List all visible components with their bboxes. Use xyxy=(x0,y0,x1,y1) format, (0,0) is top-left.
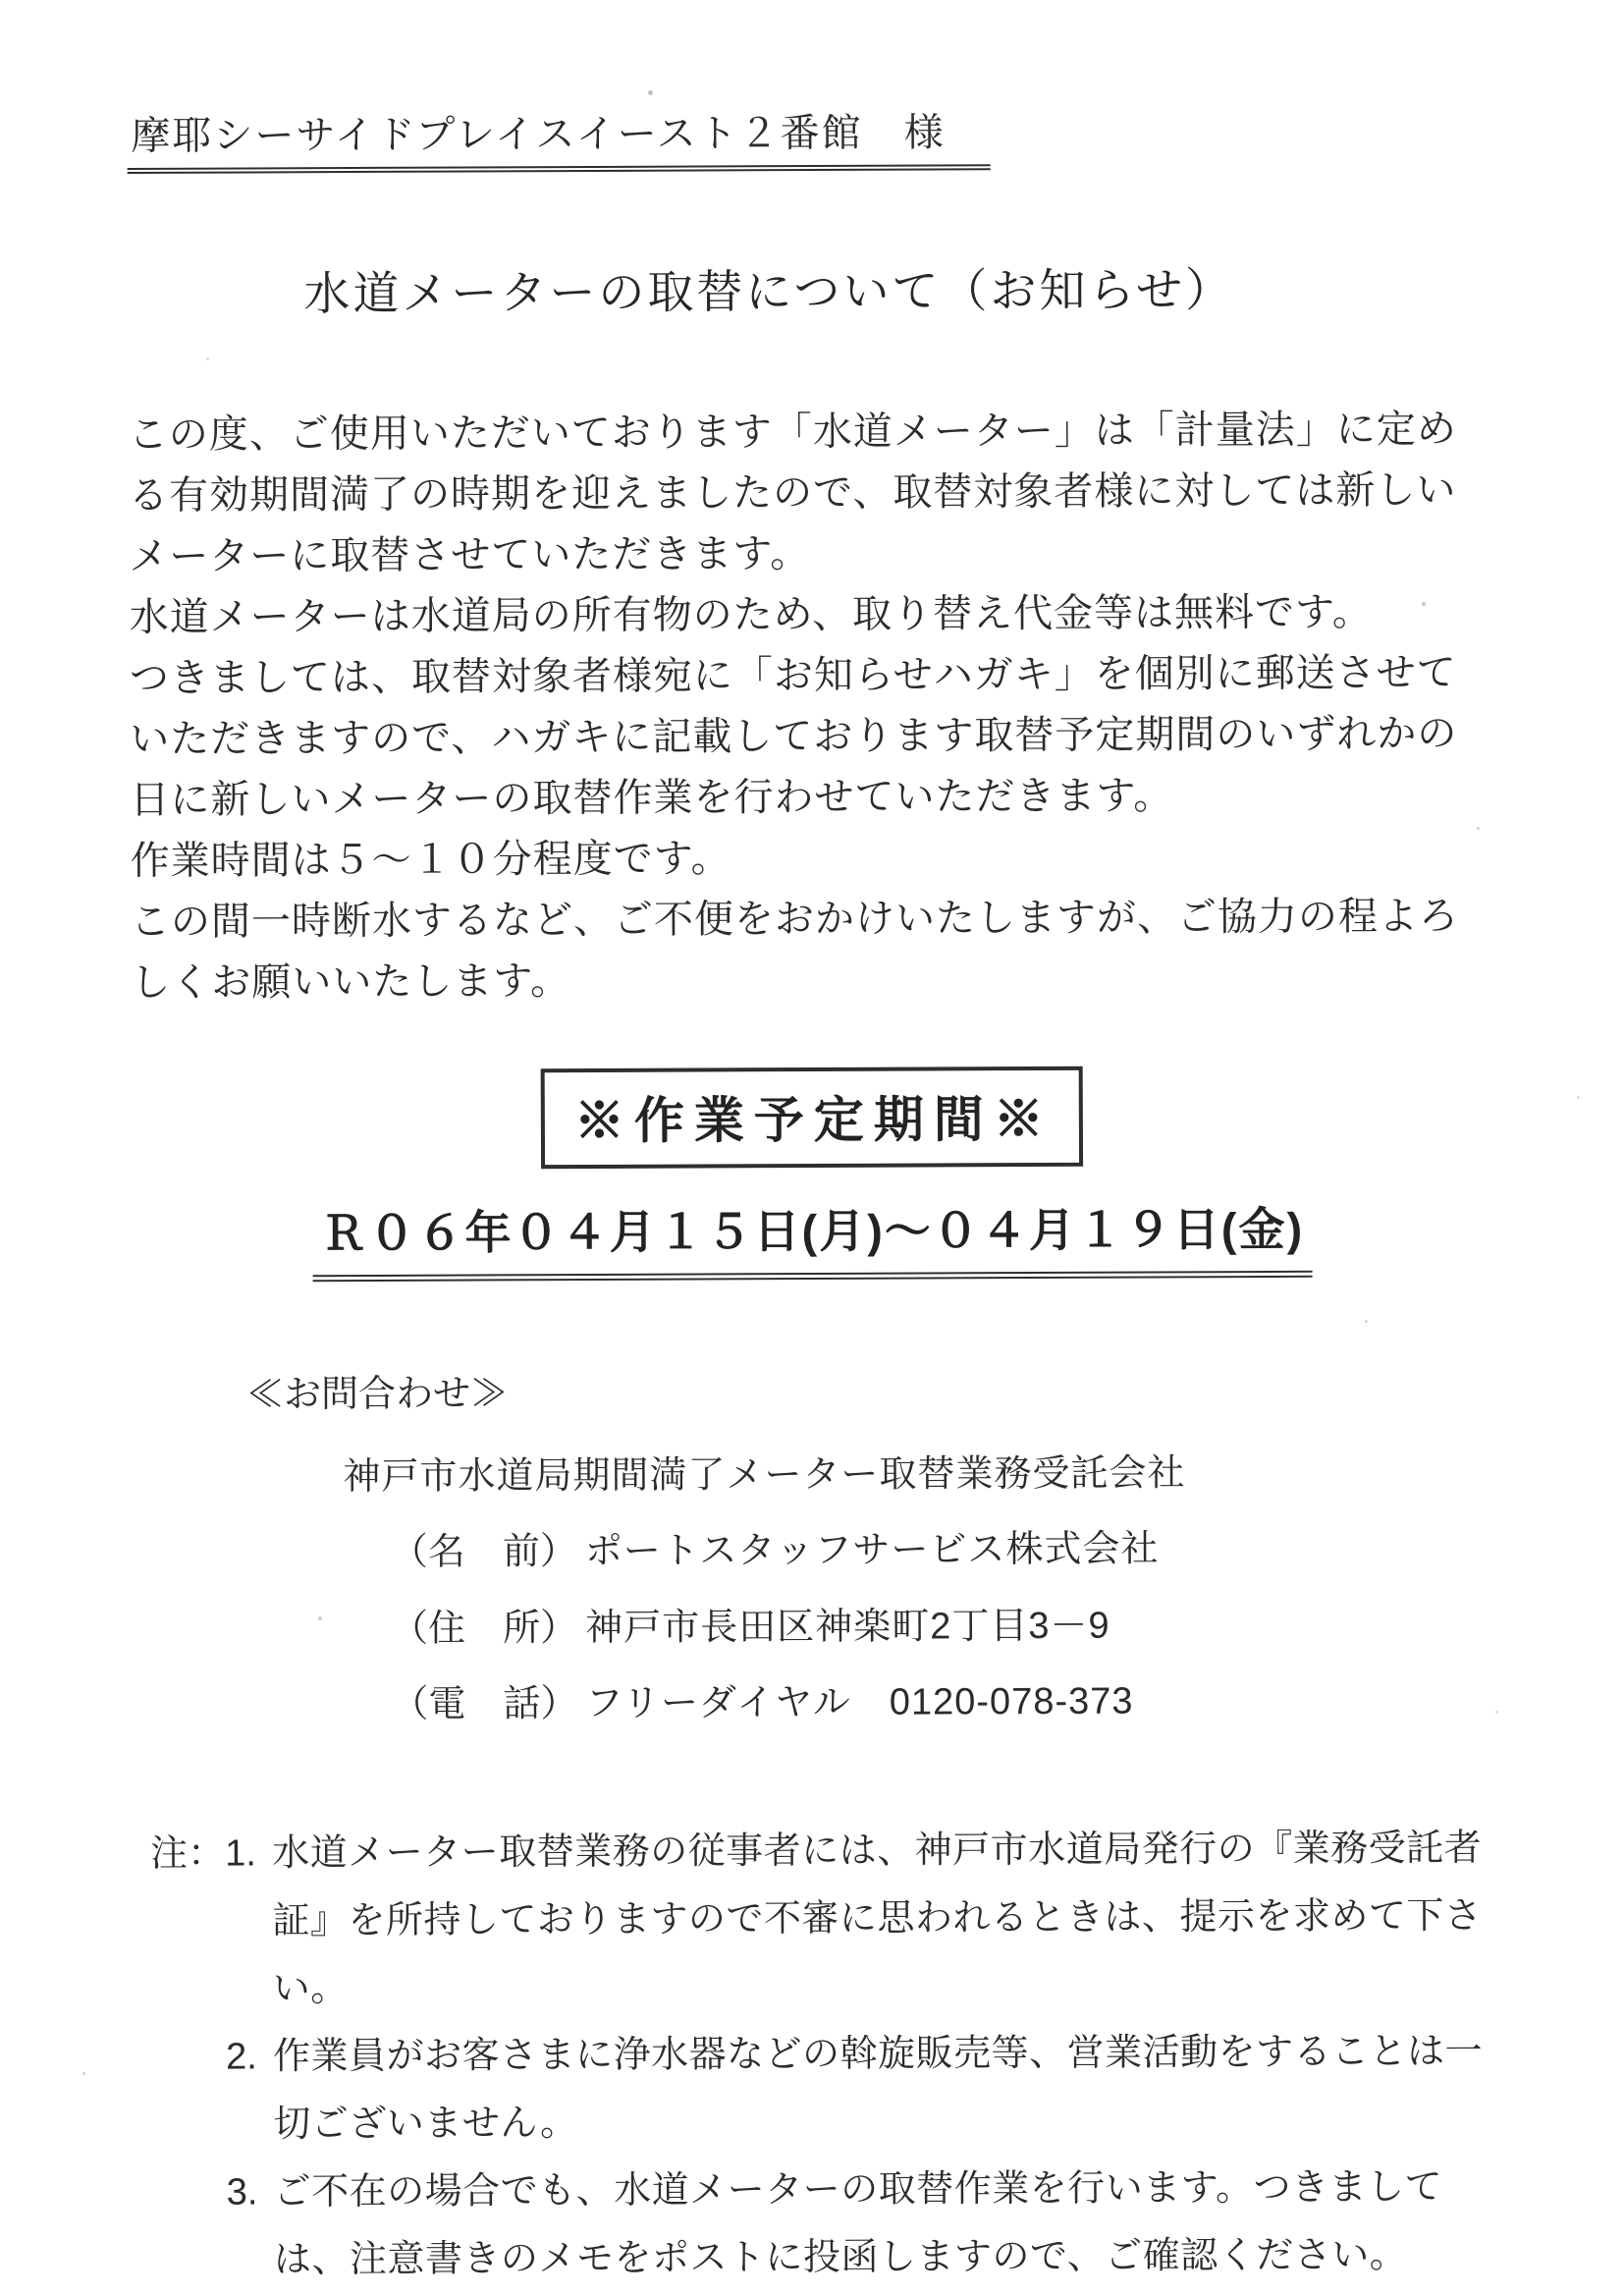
note-number: 3. xyxy=(227,2159,275,2294)
paragraph-free-of-charge: 水道メーターは水道局の所有物のため、取り替え代金等は無料です。 xyxy=(130,581,1490,648)
scan-speck xyxy=(318,1616,322,1620)
note-text: 水道メーター取替業務の従事者には、神戸市水道局発行の『業務受託者証』を所持してお… xyxy=(272,1814,1496,2022)
schedule-section: ※作業予定期間※ xyxy=(132,1065,1492,1171)
contact-row-phone: （電 話） フリーダイヤル 0120-078-373 xyxy=(391,1677,1494,1728)
contact-section: ≪お問合わせ≫ 神戸市水道局期間満了メーター取替業務受託会社 （名 前） ポート… xyxy=(133,1367,1495,1730)
scan-speck xyxy=(1422,602,1426,606)
note-item-2: 2. 作業員がお客さまに浄水器などの斡旋販売等、営業活動をすることは一切ございま… xyxy=(226,2017,1497,2159)
document-title: 水道メーターの取替について（お知らせ） xyxy=(88,252,1449,324)
paragraph-postcard: つきましては、取替対象者様宛に「お知らせハガキ」を個別に郵送させていただきますの… xyxy=(130,642,1491,831)
contact-row-address: （住 所） 神戸市長田区神楽町2丁目3－9 xyxy=(391,1601,1494,1652)
schedule-period-dates: Ｒ０６年０４月１５日(月)～０４月１９日(金) xyxy=(312,1193,1312,1282)
contact-name-label: （名 前） xyxy=(391,1529,577,1576)
notes-label: 注： xyxy=(150,1820,227,2294)
addressee-line: 摩耶シーサイドプレイスイースト２番館 様 xyxy=(127,109,990,174)
schedule-box-heading: ※作業予定期間※ xyxy=(541,1066,1083,1169)
scan-speck xyxy=(1365,1320,1368,1323)
scan-speck xyxy=(82,2072,85,2075)
contact-address-value: 神戸市長田区神楽町2丁目3－9 xyxy=(585,1603,1110,1652)
note-text: ご不在の場合でも、水道メーターの取替作業を行います。つきましては、注意書きのメモ… xyxy=(273,2153,1497,2293)
note-item-3: 3. ご不在の場合でも、水道メーターの取替作業を行います。つきましては、注意書き… xyxy=(227,2153,1498,2294)
note-text: 作業員がお客さまに浄水器などの斡旋販売等、営業活動をすることは一切ございません。 xyxy=(273,2017,1497,2158)
paragraph-duration: 作業時間は５～１０分程度です。 xyxy=(131,825,1491,892)
scan-speck xyxy=(1495,1711,1498,1714)
contact-company-line: 神戸市水道局期間満了メーター取替業務受託会社 xyxy=(343,1449,1493,1501)
contact-phone-value: フリーダイヤル 0120-078-373 xyxy=(585,1679,1133,1728)
scan-speck xyxy=(206,357,209,360)
contact-name-value: ポートスタッフサービス株式会社 xyxy=(585,1526,1160,1575)
notes-section: 注： 1. 水道メーター取替業務の従事者には、神戸市水道局発行の『業務受託者証』… xyxy=(135,1814,1497,2294)
scan-speck xyxy=(1577,1096,1580,1099)
note-number: 1. xyxy=(225,1820,273,2023)
paragraph-apology: この間一時断水するなど、ご不便をおかけいたしますが、ご協力の程よろしくお願いいた… xyxy=(131,886,1492,1013)
document-page: 摩耶シーサイドプレイスイースト２番館 様 水道メーターの取替について（お知らせ）… xyxy=(0,0,1624,2296)
schedule-period-row: Ｒ０６年０４月１５日(月)～０４月１９日(金) xyxy=(132,1192,1492,1283)
notes-items: 1. 水道メーター取替業務の従事者には、神戸市水道局発行の『業務受託者証』を所持… xyxy=(225,1814,1497,2294)
note-item-1: 1. 水道メーター取替業務の従事者には、神戸市水道局発行の『業務受託者証』を所持… xyxy=(225,1814,1496,2023)
scan-speck xyxy=(648,90,653,95)
body-paragraphs: この度、ご使用いただいております「水道メーター」は「計量法」に定める有効期間満了… xyxy=(129,399,1492,1013)
contact-row-name: （名 前） ポートスタッフサービス株式会社 xyxy=(391,1525,1494,1576)
note-number: 2. xyxy=(226,2023,274,2159)
contact-phone-label: （電 話） xyxy=(391,1681,577,1728)
contact-address-label: （住 所） xyxy=(391,1606,577,1653)
paragraph-intro: この度、ご使用いただいております「水道メーター」は「計量法」に定める有効期間満了… xyxy=(129,399,1490,587)
contact-heading: ≪お問合わせ≫ xyxy=(246,1367,1493,1419)
scan-speck xyxy=(1477,827,1480,830)
